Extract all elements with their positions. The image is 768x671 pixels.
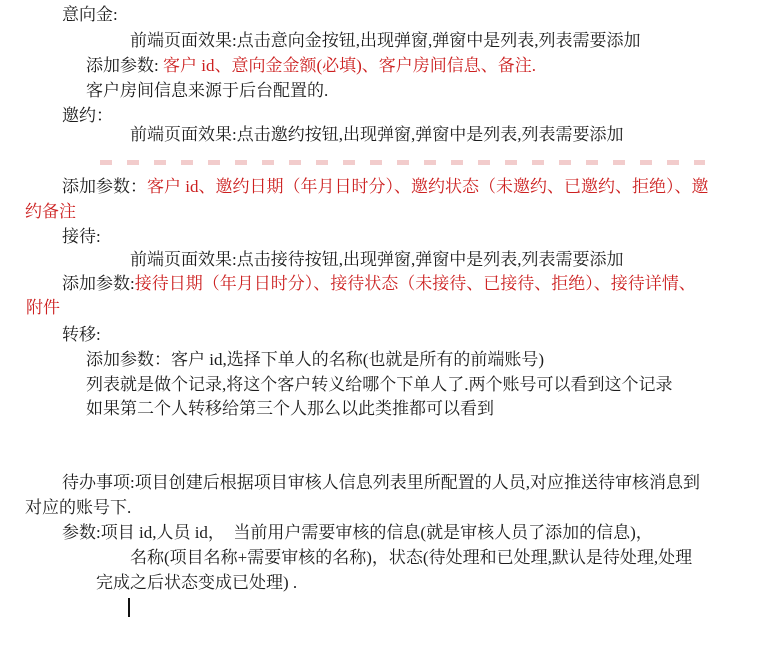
- body-text: 前端页面效果:点击邀约按钮,出现弹窗,弹窗中是列表,列表需要添加: [130, 125, 623, 144]
- body-text: 如果第二个人转移给第三个人那么以此类推都可以看到: [86, 399, 494, 418]
- param-label: 添加参数:: [86, 56, 163, 75]
- params-line: 参数:项目 id,人员 id， 当前用户需要审核的信息(就是审核人员了添加的信息…: [62, 522, 653, 543]
- body-text: 完成之后状态变成已处理) .: [96, 573, 297, 592]
- heading-text: 邀约：: [62, 106, 113, 125]
- todo-items-line: 待办事项:项目创建后根据项目审核人信息列表里所配置的人员,对应推送待审核消息到: [62, 472, 700, 493]
- status-done-line: 完成之后状态变成已处理) .: [96, 572, 297, 593]
- body-text: 列表就是做个记录,将这个客户转义给哪个下单人了.两个账号可以看到这个记录: [86, 375, 673, 394]
- document-page[interactable]: 意向金: 前端页面效果:点击意向金按钮,出现弹窗,弹窗中是列表,列表需要添加 添…: [0, 0, 768, 671]
- param-values-red: 附件: [26, 298, 60, 317]
- heading-intent-deposit: 意向金:: [62, 4, 118, 25]
- param-label: 添加参数：: [62, 177, 147, 196]
- heading-text: 意向金:: [62, 5, 118, 24]
- param-values-red: 接待日期（年月日时分）、接待状态（未接待、已接待、拒绝）、接待详情、: [135, 274, 696, 293]
- body-text: 添加参数：客户 id,选择下单人的名称(也就是所有的前端账号): [86, 350, 544, 369]
- heading-text: 接待:: [62, 227, 101, 246]
- todo-wrap-line: 对应的账号下.: [25, 497, 131, 518]
- heading-invitation: 邀约：: [62, 105, 113, 126]
- frontend-effect-line: 前端页面效果:点击意向金按钮,出现弹窗,弹窗中是列表,列表需要添加: [130, 30, 640, 51]
- name-status-line: 名称(项目名称+需要审核的名称)，状态(待处理和已处理,默认是待处理,处理: [130, 547, 692, 568]
- text-cursor-caret[interactable]: [128, 598, 130, 617]
- body-text: 名称(项目名称+需要审核的名称)，状态(待处理和已处理,默认是待处理,处理: [130, 548, 692, 567]
- add-params-line: 添加参数：客户 id,选择下单人的名称(也就是所有的前端账号): [86, 349, 544, 370]
- body-text: 对应的账号下.: [25, 498, 131, 517]
- body-text: 参数:项目 id,人员 id， 当前用户需要审核的信息(就是审核人员了添加的信息…: [62, 523, 653, 542]
- heading-transfer: 转移:: [62, 324, 101, 345]
- param-values-red: 约备注: [25, 202, 76, 221]
- body-text: 客户房间信息来源于后台配置的.: [86, 81, 328, 100]
- add-params-line: 添加参数: 客户 id、意向金金额(必填)、客户房间信息、备注.: [86, 55, 536, 76]
- add-params-line: 添加参数：客户 id、邀约日期（年月日时分）、邀约状态（未邀约、已邀约、拒绝）、…: [62, 176, 708, 197]
- faded-text-artifact: [100, 160, 705, 165]
- wrapped-red-text: 约备注: [25, 201, 76, 222]
- transfer-record-line: 列表就是做个记录,将这个客户转义给哪个下单人了.两个账号可以看到这个记录: [86, 374, 673, 395]
- room-info-note-line: 客户房间信息来源于后台配置的.: [86, 80, 328, 101]
- heading-text: 转移:: [62, 325, 101, 344]
- body-text: 前端页面效果:点击接待按钮,出现弹窗,弹窗中是列表,列表需要添加: [130, 250, 623, 269]
- param-label: 添加参数:: [62, 274, 135, 293]
- add-params-line: 添加参数:接待日期（年月日时分）、接待状态（未接待、已接待、拒绝）、接待详情、: [62, 273, 696, 294]
- body-text: 前端页面效果:点击意向金按钮,出现弹窗,弹窗中是列表,列表需要添加: [130, 31, 640, 50]
- wrapped-red-text: 附件: [26, 297, 60, 318]
- param-values-red: 客户 id、意向金金额(必填)、客户房间信息、备注.: [163, 56, 536, 75]
- frontend-effect-line: 前端页面效果:点击邀约按钮,出现弹窗,弹窗中是列表,列表需要添加: [130, 124, 623, 145]
- transfer-chain-line: 如果第二个人转移给第三个人那么以此类推都可以看到: [86, 398, 494, 419]
- frontend-effect-line: 前端页面效果:点击接待按钮,出现弹窗,弹窗中是列表,列表需要添加: [130, 249, 623, 270]
- heading-reception: 接待:: [62, 226, 101, 247]
- param-values-red: 客户 id、邀约日期（年月日时分）、邀约状态（未邀约、已邀约、拒绝）、邀: [147, 177, 708, 196]
- body-text: 待办事项:项目创建后根据项目审核人信息列表里所配置的人员,对应推送待审核消息到: [62, 473, 700, 492]
